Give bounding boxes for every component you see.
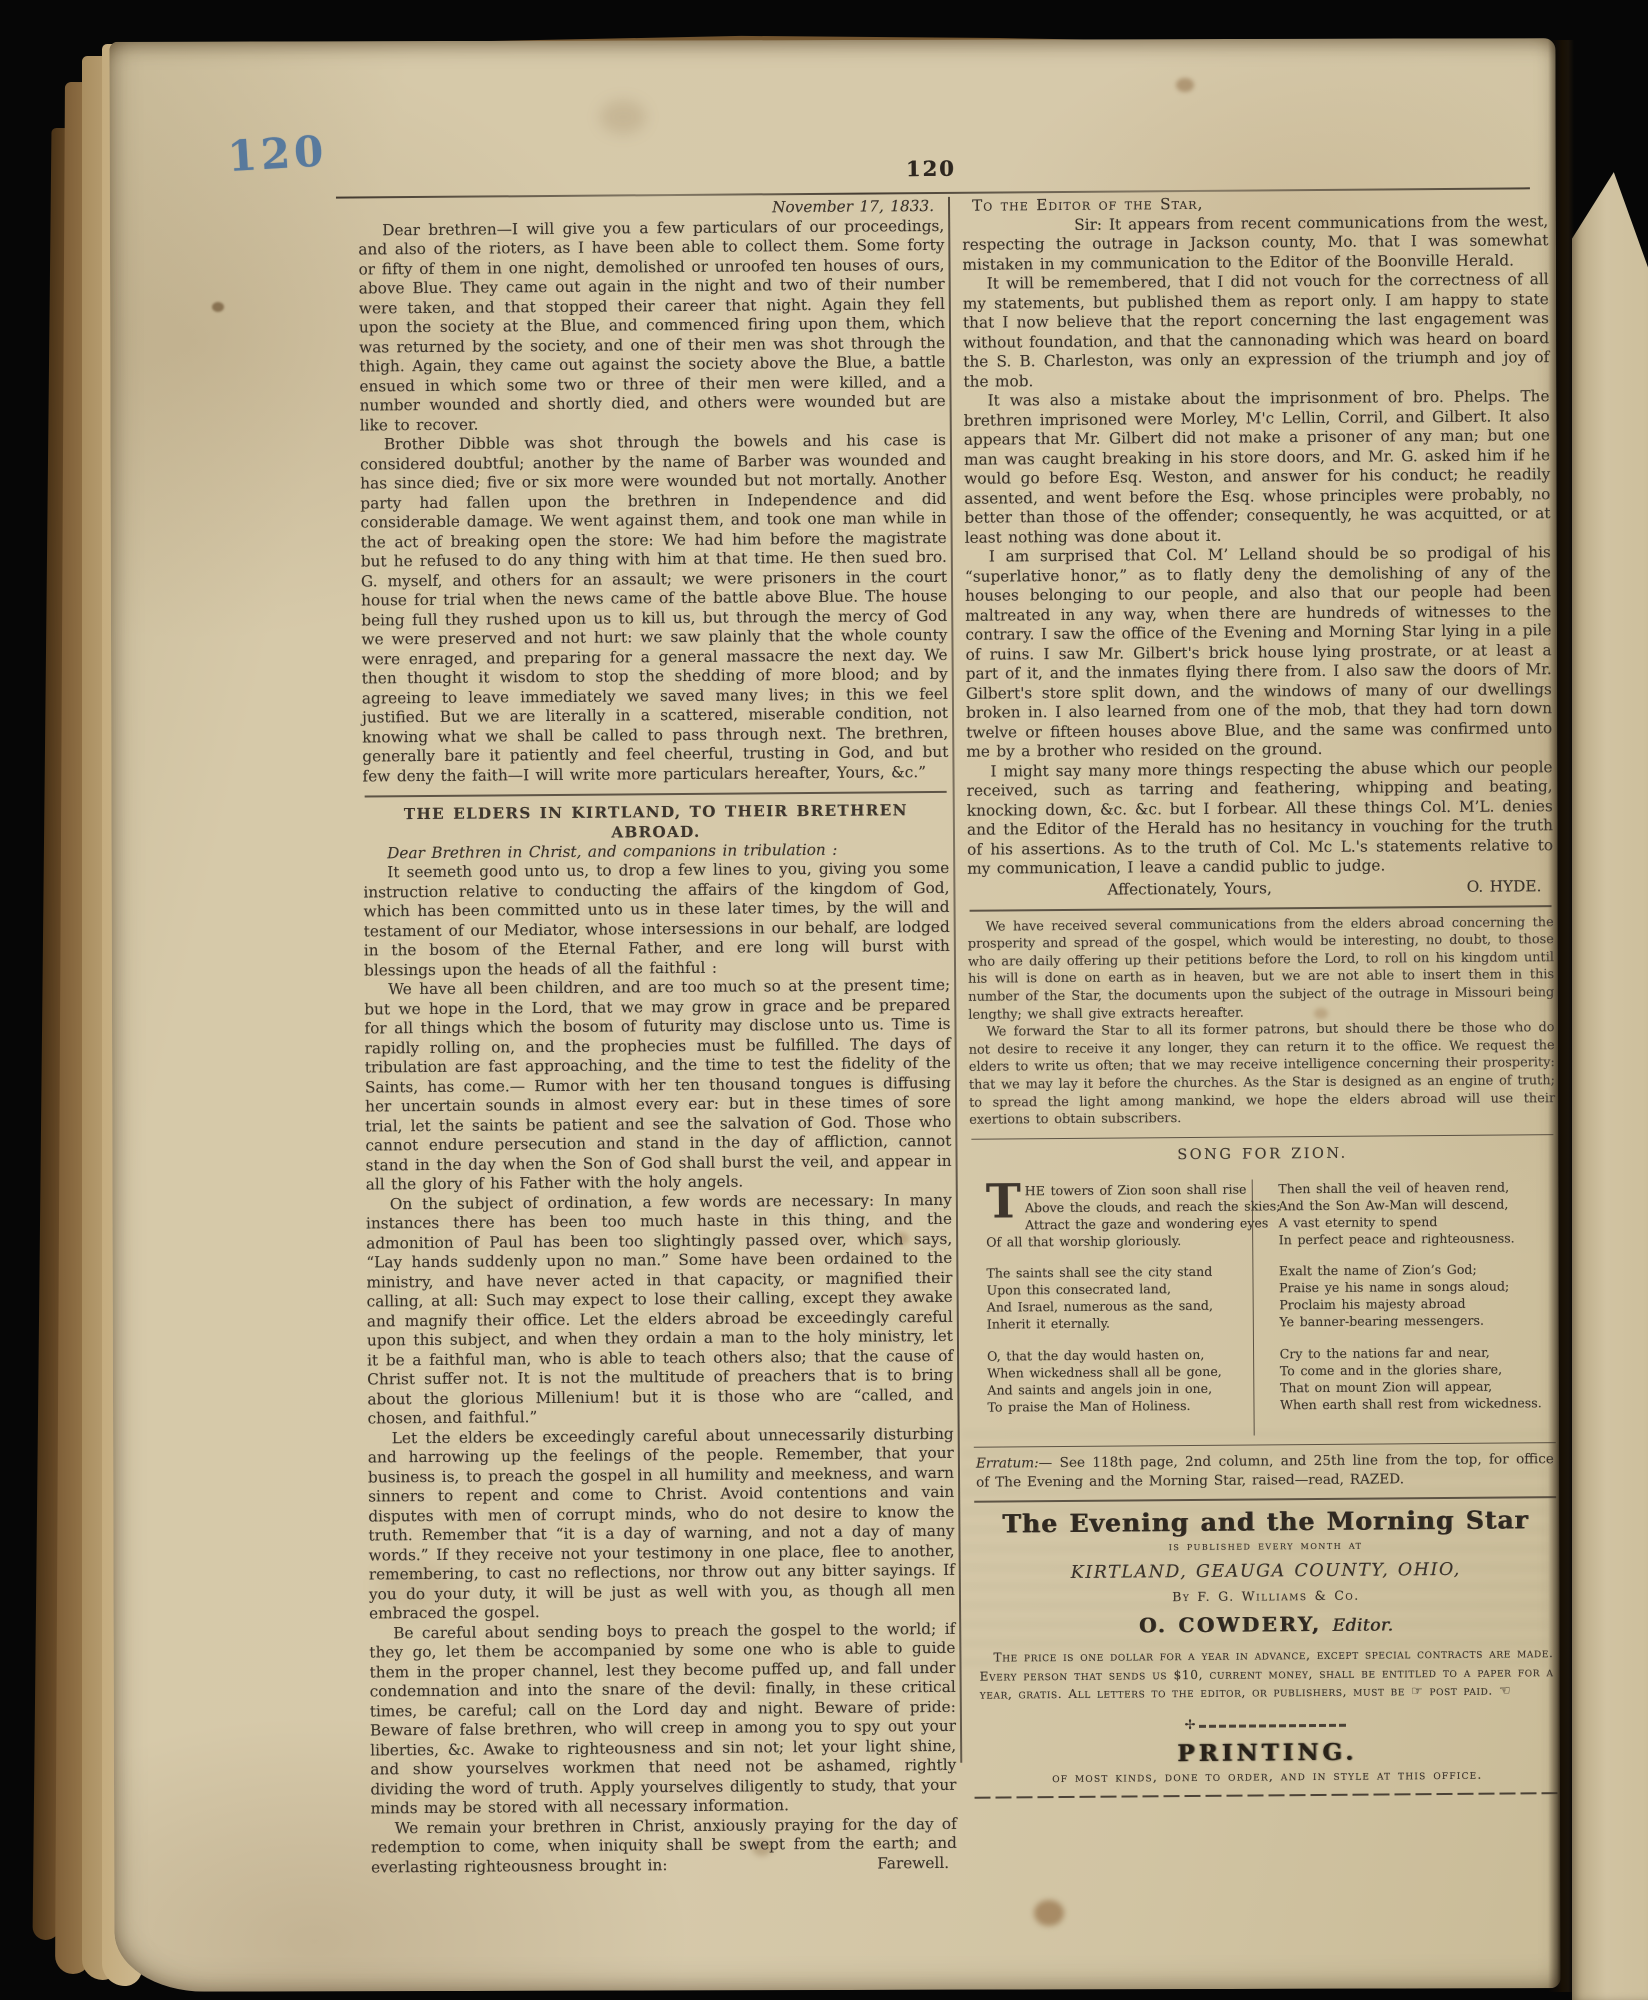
stanza-line: Attract the gaze and wondering eyes: [986, 1215, 1242, 1234]
erratum-text: See 118th page, 2nd column, and 25th lin…: [976, 1451, 1554, 1490]
song-stanza: Then shall the veil of heaven rend, And …: [1278, 1179, 1556, 1249]
song-column-left: T HE towers of Zion soon shall rise Abov…: [970, 1179, 1255, 1437]
signoff-text: Affectionately, Yours,: [1107, 879, 1272, 900]
location-line: KIRTLAND, GEAUGA COUNTY, OHIO,: [973, 1560, 1559, 1584]
erratum-label: Erratum:—: [976, 1455, 1052, 1472]
stanza-line: Exalt the name of Zion’s God;: [1279, 1262, 1557, 1281]
letter-paragraph: Dear brethren—I will give you a few part…: [358, 216, 946, 435]
body-paragraph: On the subject of ordination, a few word…: [366, 1190, 954, 1429]
letter-paragraph: I am surprised that Col. M’ Lelland shou…: [965, 543, 1553, 762]
pointing-hand-left-icon: ☜: [1499, 1683, 1511, 1698]
stanza-line: To praise the Man of Holiness.: [987, 1397, 1243, 1416]
song-stanza: The saints shall see the city stand Upon…: [986, 1264, 1242, 1334]
stanza-line: And Israel, numerous as the sand,: [987, 1298, 1243, 1317]
wavy-line-ornament: [1199, 1723, 1349, 1727]
section-rule: [974, 1442, 1556, 1448]
bottom-dashed-rule: [975, 1792, 1561, 1799]
stanza-line: Proclaim his majesty abroad: [1279, 1295, 1557, 1314]
editor-line: O. COWDERY, Editor.: [973, 1613, 1559, 1639]
decorative-divider: ✢: [974, 1713, 1560, 1737]
body-paragraph: It seemeth good unto us, to drop a few l…: [363, 859, 950, 981]
stanza-line: To come and in the glories share,: [1280, 1361, 1558, 1380]
stanza-line: And the Son Aw-Man will descend,: [1278, 1196, 1556, 1215]
notice-paragraph: We forward the Star to all its former pa…: [968, 1019, 1555, 1129]
publisher-line: By F. G. Williams & Co.: [973, 1584, 1559, 1608]
body-paragraph: Be careful about sending boys to preach …: [369, 1619, 957, 1819]
stanza-line: Cry to the nations far and near,: [1280, 1344, 1558, 1363]
song-column-right: Then shall the veil of heaven rend, And …: [1252, 1177, 1557, 1435]
drop-cap: T: [986, 1183, 1025, 1219]
letter-paragraph: It was also a mistake about the imprison…: [964, 387, 1551, 548]
erratum: Erratum:— See 118th page, 2nd column, an…: [976, 1450, 1554, 1492]
letter-paragraph: I might say many more things respecting …: [966, 758, 1553, 880]
signature-name: O. HYDE.: [1467, 877, 1542, 897]
song-stanza: O, that the day would hasten on, When wi…: [987, 1347, 1243, 1417]
section-rule: [365, 791, 947, 797]
stanza-line: A vast eternity to spend: [1279, 1213, 1557, 1232]
stanza-line: O, that the day would hasten on,: [987, 1347, 1243, 1366]
section-rule: [970, 905, 1552, 911]
stanza-line: Inherit it eternally.: [987, 1315, 1243, 1334]
printing-heading: PRINTING.: [974, 1741, 1560, 1765]
stanza-line: Upon this consecrated land,: [987, 1281, 1243, 1300]
left-column: November 17, 1833. Dear brethren—I will …: [358, 197, 957, 1878]
stanza-line: Praise ye his name in songs aloud;: [1279, 1278, 1557, 1297]
stanza-line: That on mount Zion will appear,: [1280, 1378, 1558, 1397]
stanza-line: And saints and angels join in one,: [987, 1380, 1243, 1399]
published-line: is published every month at: [973, 1534, 1559, 1558]
song-title: SONG FOR ZION.: [969, 1143, 1555, 1167]
book-scan-photo: 120 120 November 17, 1833. Dear brethren…: [0, 0, 1648, 2000]
stanza-line: When wickedness shall all be gone,: [987, 1364, 1243, 1383]
notice-paragraph: We have received several communications …: [968, 914, 1555, 1024]
printing-subline: of most kinds, done to order, and in sty…: [974, 1764, 1560, 1788]
song-stanza: Exalt the name of Zion’s God; Praise ye …: [1279, 1262, 1557, 1332]
section-rule: [974, 1496, 1556, 1502]
body-paragraph: We have all been children, and are too m…: [364, 976, 952, 1195]
price-paragraph: The price is one dollar for a year in ad…: [979, 1645, 1553, 1705]
body-paragraph: Let the elders be exceedingly careful ab…: [368, 1424, 956, 1624]
section-rule: [971, 1134, 1553, 1140]
post-paid-text: post paid.: [1429, 1684, 1493, 1698]
song-stanza: T HE towers of Zion soon shall rise Abov…: [986, 1181, 1242, 1251]
song-stanza: Cry to the nations far and near, To come…: [1280, 1344, 1558, 1414]
song-columns: T HE towers of Zion soon shall rise Abov…: [970, 1177, 1558, 1437]
page-number-stamp: 120: [226, 126, 328, 181]
stanza-line: Ye banner-bearing messengers.: [1279, 1312, 1557, 1331]
right-column: To the Editor of the Star, Sir: It appea…: [962, 192, 1561, 1799]
stanza-line: When earth shall rest from wickedness.: [1280, 1395, 1558, 1414]
stanza-line: The saints shall see the city stand: [986, 1264, 1242, 1283]
editor-title: Editor.: [1332, 1615, 1393, 1635]
stanza-line: Then shall the veil of heaven rend,: [1278, 1179, 1556, 1198]
pointing-hand-right-icon: ☞: [1411, 1684, 1423, 1699]
stanza-line: Above the clouds, and reach the skies;: [986, 1198, 1242, 1217]
letter-opening: Sir: It appears from recent communicatio…: [962, 212, 1548, 275]
printed-page-number: 120: [888, 156, 974, 182]
printed-page-content: 120 120 November 17, 1833. Dear brethren…: [0, 0, 1648, 2000]
masthead-title: The Evening and the Morning Star: [972, 1510, 1558, 1534]
cross-ornament-icon: ✢: [1184, 1716, 1195, 1736]
letter-paragraph: It will be remembered, that I did not vo…: [963, 270, 1550, 392]
stanza-line: In perfect peace and righteousness.: [1279, 1230, 1557, 1249]
letter-paragraph: Brother Dibble was shot through the bowe…: [360, 431, 949, 787]
stanza-line: HE towers of Zion soon shall rise: [986, 1181, 1242, 1200]
editor-name: O. COWDERY,: [1139, 1612, 1322, 1637]
stanza-line: Of all that worship gloriously.: [986, 1232, 1242, 1251]
